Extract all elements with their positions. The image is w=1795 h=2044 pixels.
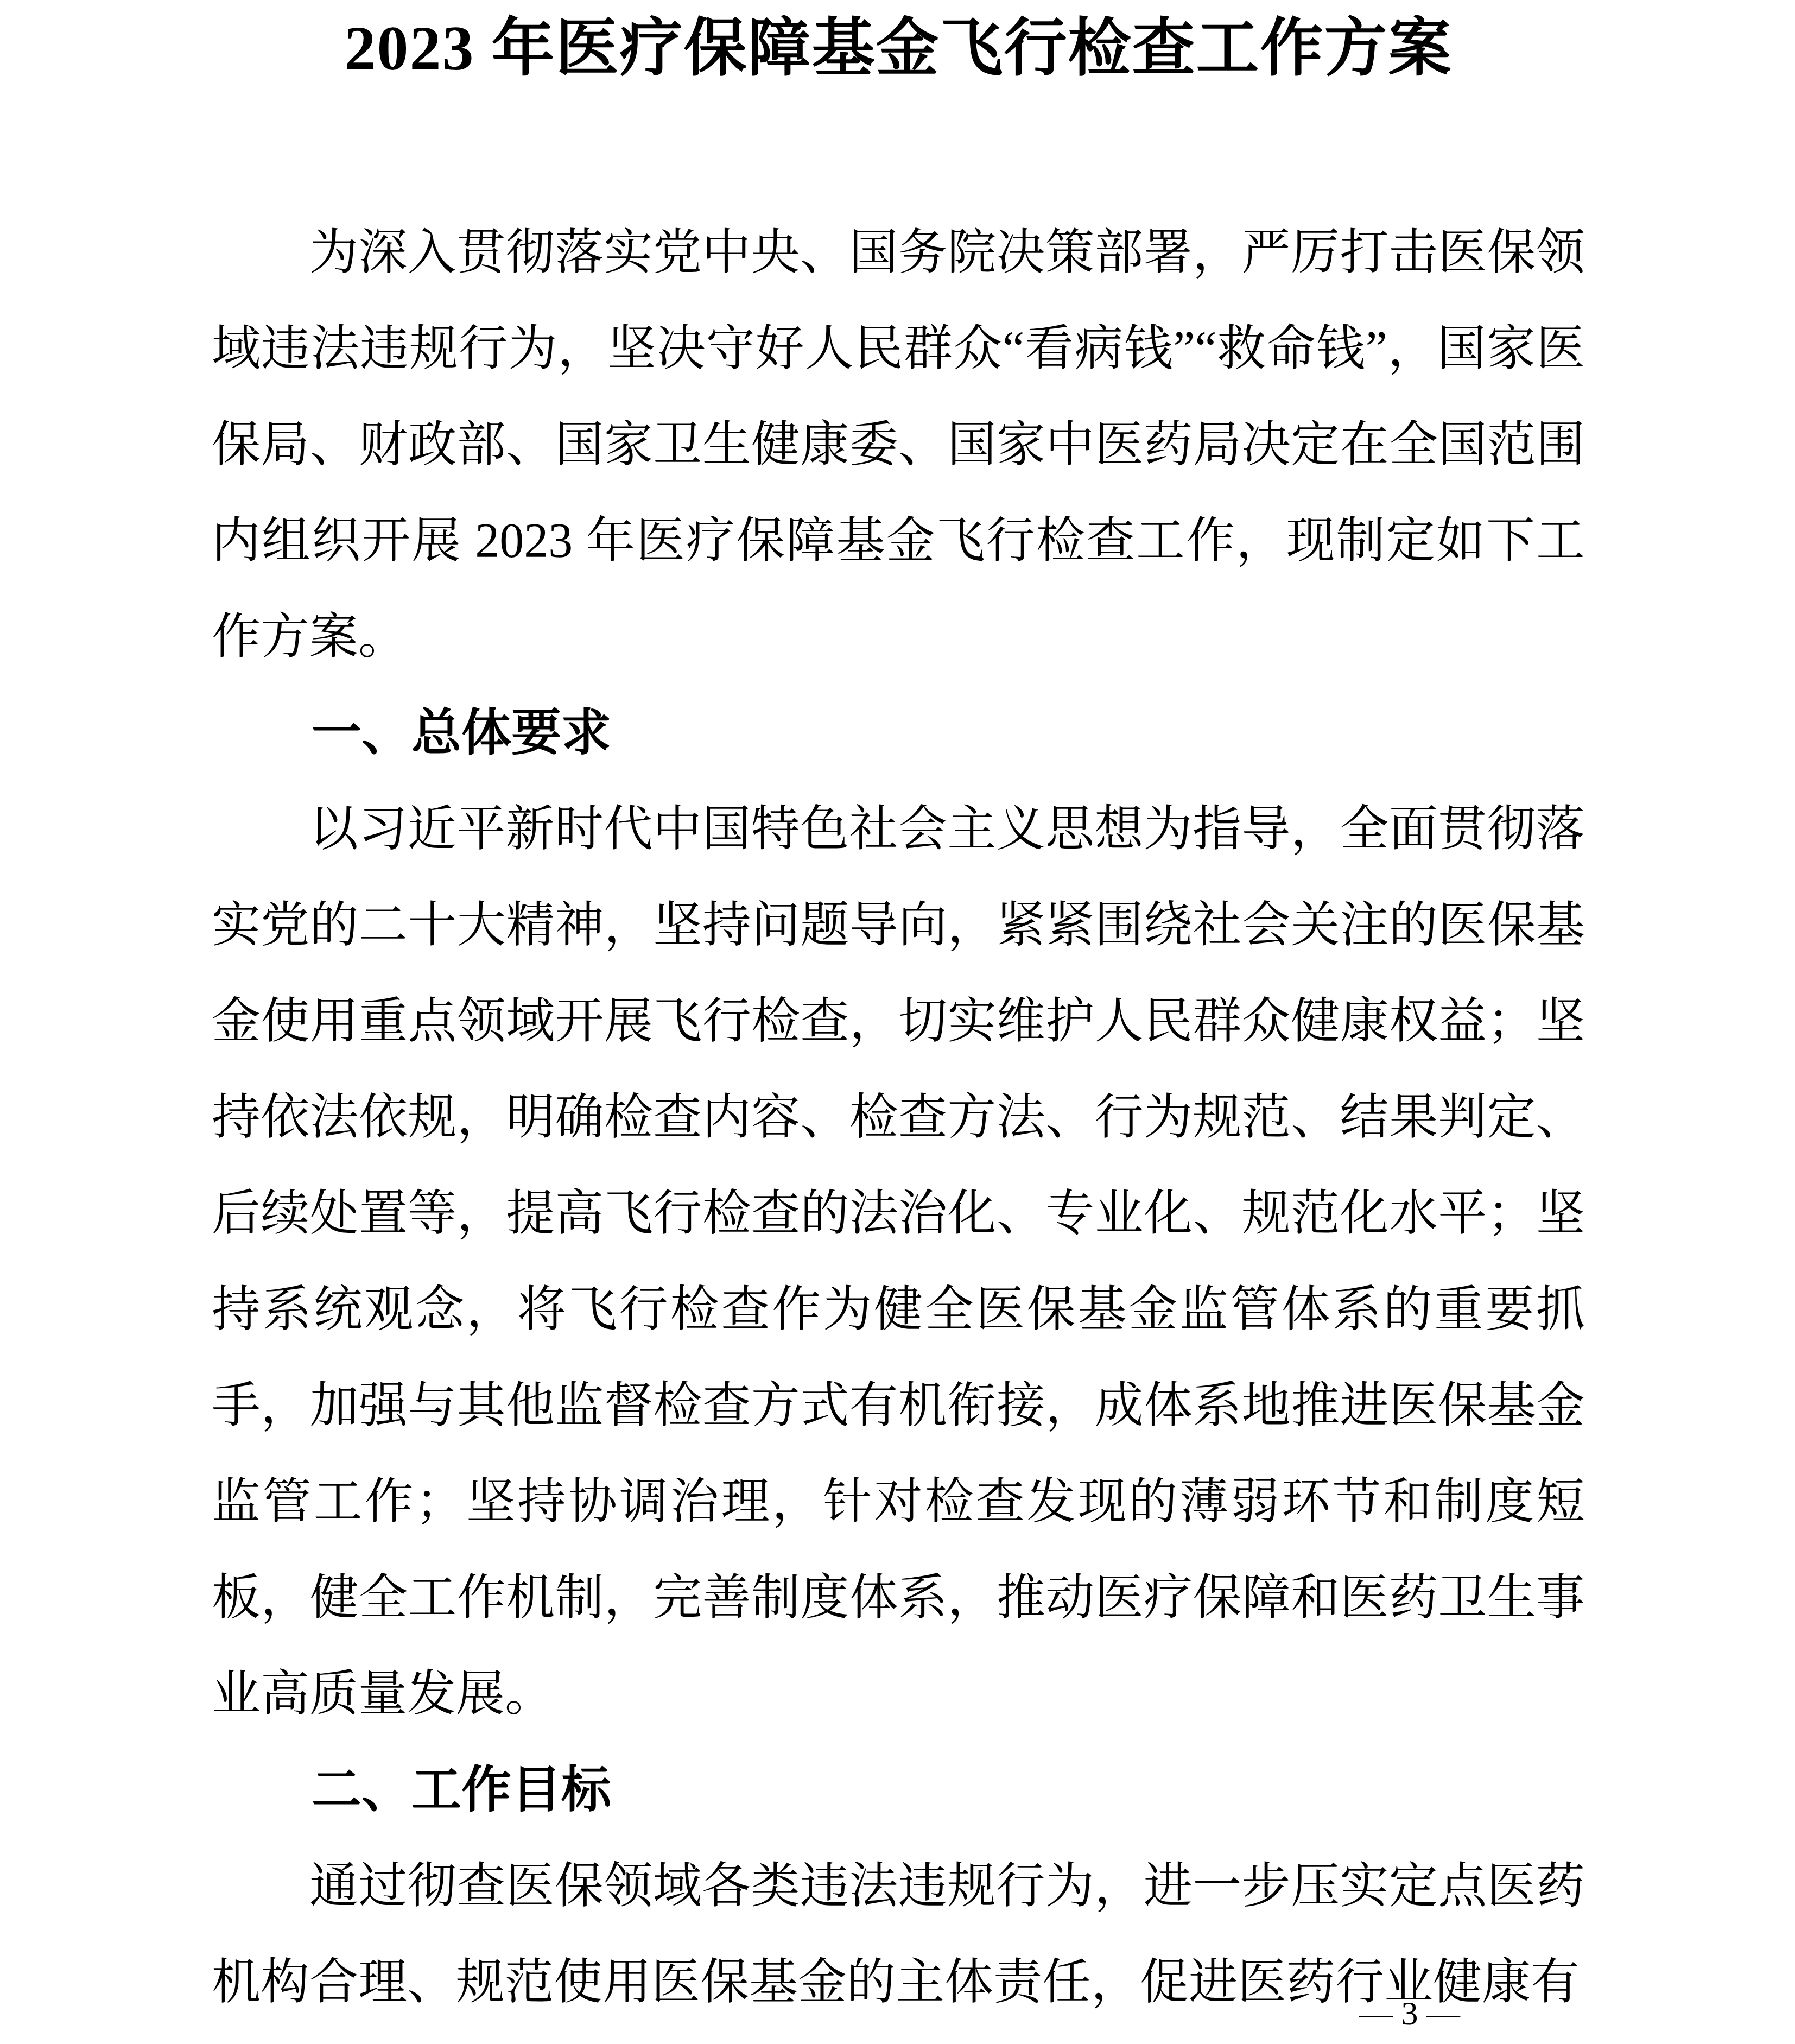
document-title: 2023 年医疗保障基金飞行检查工作方案 xyxy=(212,10,1585,88)
section-heading: 二、工作目标 xyxy=(212,1742,1585,1838)
body-paragraph: 为深入贯彻落实党中央、国务院决策部署，严厉打击医保领域违法违规行为，坚决守好人民… xyxy=(212,205,1585,685)
document-page: 2023 年医疗保障基金飞行检查工作方案 为深入贯彻落实党中央、国务院决策部署，… xyxy=(0,0,1795,2044)
section-heading: 一、总体要求 xyxy=(212,685,1585,781)
body-paragraph: 以习近平新时代中国特色社会主义思想为指导，全面贯彻落实党的二十大精神，坚持问题导… xyxy=(212,781,1585,1742)
page-number: — 3 — xyxy=(1359,1997,1460,2030)
document-content: 2023 年医疗保障基金飞行检查工作方案 为深入贯彻落实党中央、国务院决策部署，… xyxy=(0,0,1795,2030)
document-body: 为深入贯彻落实党中央、国务院决策部署，严厉打击医保领域违法违规行为，坚决守好人民… xyxy=(212,205,1585,2030)
